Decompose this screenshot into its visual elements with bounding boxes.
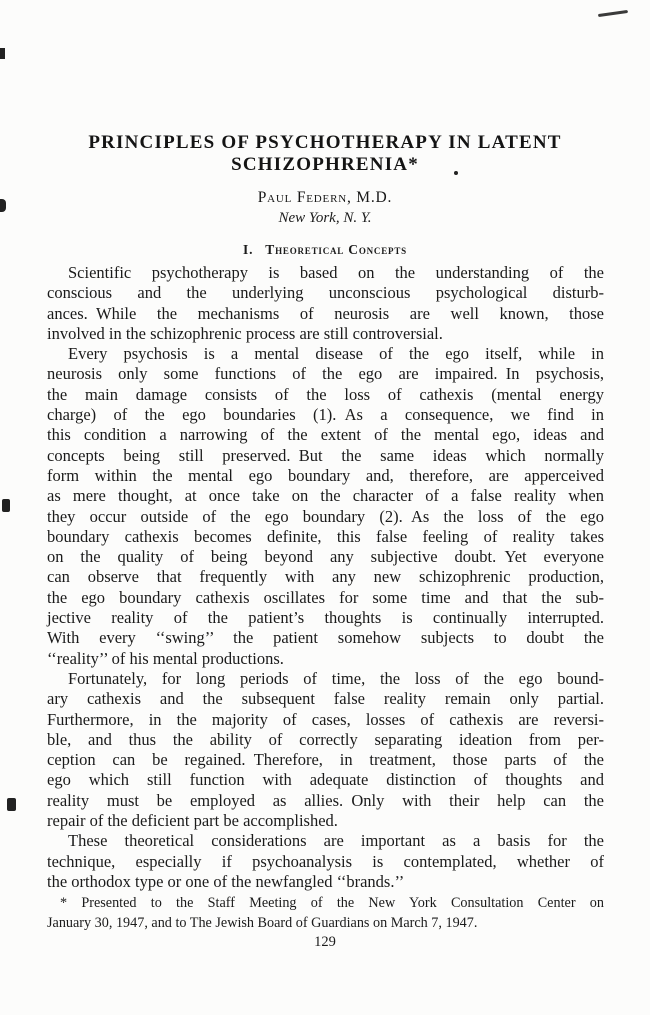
text-line: as mere thought, at once take on the cha… [47,486,604,506]
paragraph: Scientific psychotherapy is based on the… [47,263,604,344]
ink-speck [7,798,16,811]
text-line: boundary cathexis becomes definite, this… [47,527,604,547]
text-line: involved in the schizophrenic process ar… [47,324,604,344]
article-title-line-1: PRINCIPLES OF PSYCHOTHERAPY IN LATENT [0,132,650,154]
article-title: PRINCIPLES OF PSYCHOTHERAPY IN LATENT SC… [0,132,650,176]
page-number: 129 [0,933,650,951]
text-line: Fortunately, for long periods of time, t… [47,669,604,689]
text-line: January 30, 1947, and to The Jewish Boar… [47,913,604,933]
text-line: they occur outside of the ego boundary (… [47,507,604,527]
text-line: conscious and the underlying unconscious… [47,283,604,303]
text-line: on the quality of being beyond any subje… [47,547,604,567]
paragraph: These theoretical considerations are imp… [47,831,604,892]
text-line: ary cathexis and the subsequent false re… [47,689,604,709]
text-line: concepts being still preserved. But the … [47,446,604,466]
article-title-line-2: SCHIZOPHRENIA* [0,154,650,176]
text-line: the orthodox type or one of the newfangl… [47,872,604,892]
text-line: repair of the deficient part be accompli… [47,811,604,831]
text-line: Furthermore, in the majority of cases, l… [47,710,604,730]
text-line: Scientific psychotherapy is based on the… [47,263,604,283]
author-name: Paul Federn, M.D. [0,188,650,208]
text-line: can observe that frequently with any new… [47,567,604,587]
text-line: ble, and thus the ability of correctly s… [47,730,604,750]
ink-speck [454,171,458,175]
text-line: * Presented to the Staff Meeting of the … [47,893,604,913]
paragraph: Fortunately, for long periods of time, t… [47,669,604,831]
section-number: I. [243,242,253,257]
text-line: charge) of the ego boundaries (1). As a … [47,405,604,425]
section-heading: I.Theoretical Concepts [0,242,650,258]
text-line: this condition a narrowing of the extent… [47,425,604,445]
text-line: ego which still function with adequate d… [47,770,604,790]
text-line: form within the mental ego boundary and,… [47,466,604,486]
document-page: PRINCIPLES OF PSYCHOTHERAPY IN LATENT SC… [0,0,650,1015]
text-line: With every ‘‘swing’’ the patient somehow… [47,628,604,648]
text-line: ‘‘reality’’ of his mental productions. [47,649,604,669]
ink-speck [0,199,6,212]
article-body: Scientific psychotherapy is based on the… [47,263,604,892]
text-line: technique, especially if psychoanalysis … [47,852,604,872]
section-title: Theoretical Concepts [265,242,407,257]
text-line: jective reality of the patient’s thought… [47,608,604,628]
text-line: the main damage consists of the loss of … [47,385,604,405]
scan-artifact-stroke [598,10,628,17]
text-line: reality must be employed as allies. Only… [47,791,604,811]
text-line: ception can be regained. Therefore, in t… [47,750,604,770]
footnote: * Presented to the Staff Meeting of the … [47,893,604,933]
text-line: the ego boundary cathexis oscillates for… [47,588,604,608]
text-line: neurosis only some functions of the ego … [47,364,604,384]
author-location: New York, N. Y. [0,208,650,228]
text-line: These theoretical considerations are imp… [47,831,604,851]
text-line: Every psychosis is a mental disease of t… [47,344,604,364]
ink-speck [0,48,5,59]
text-line: ances. While the mechanisms of neurosis … [47,304,604,324]
paragraph: Every psychosis is a mental disease of t… [47,344,604,669]
ink-speck [2,499,10,512]
